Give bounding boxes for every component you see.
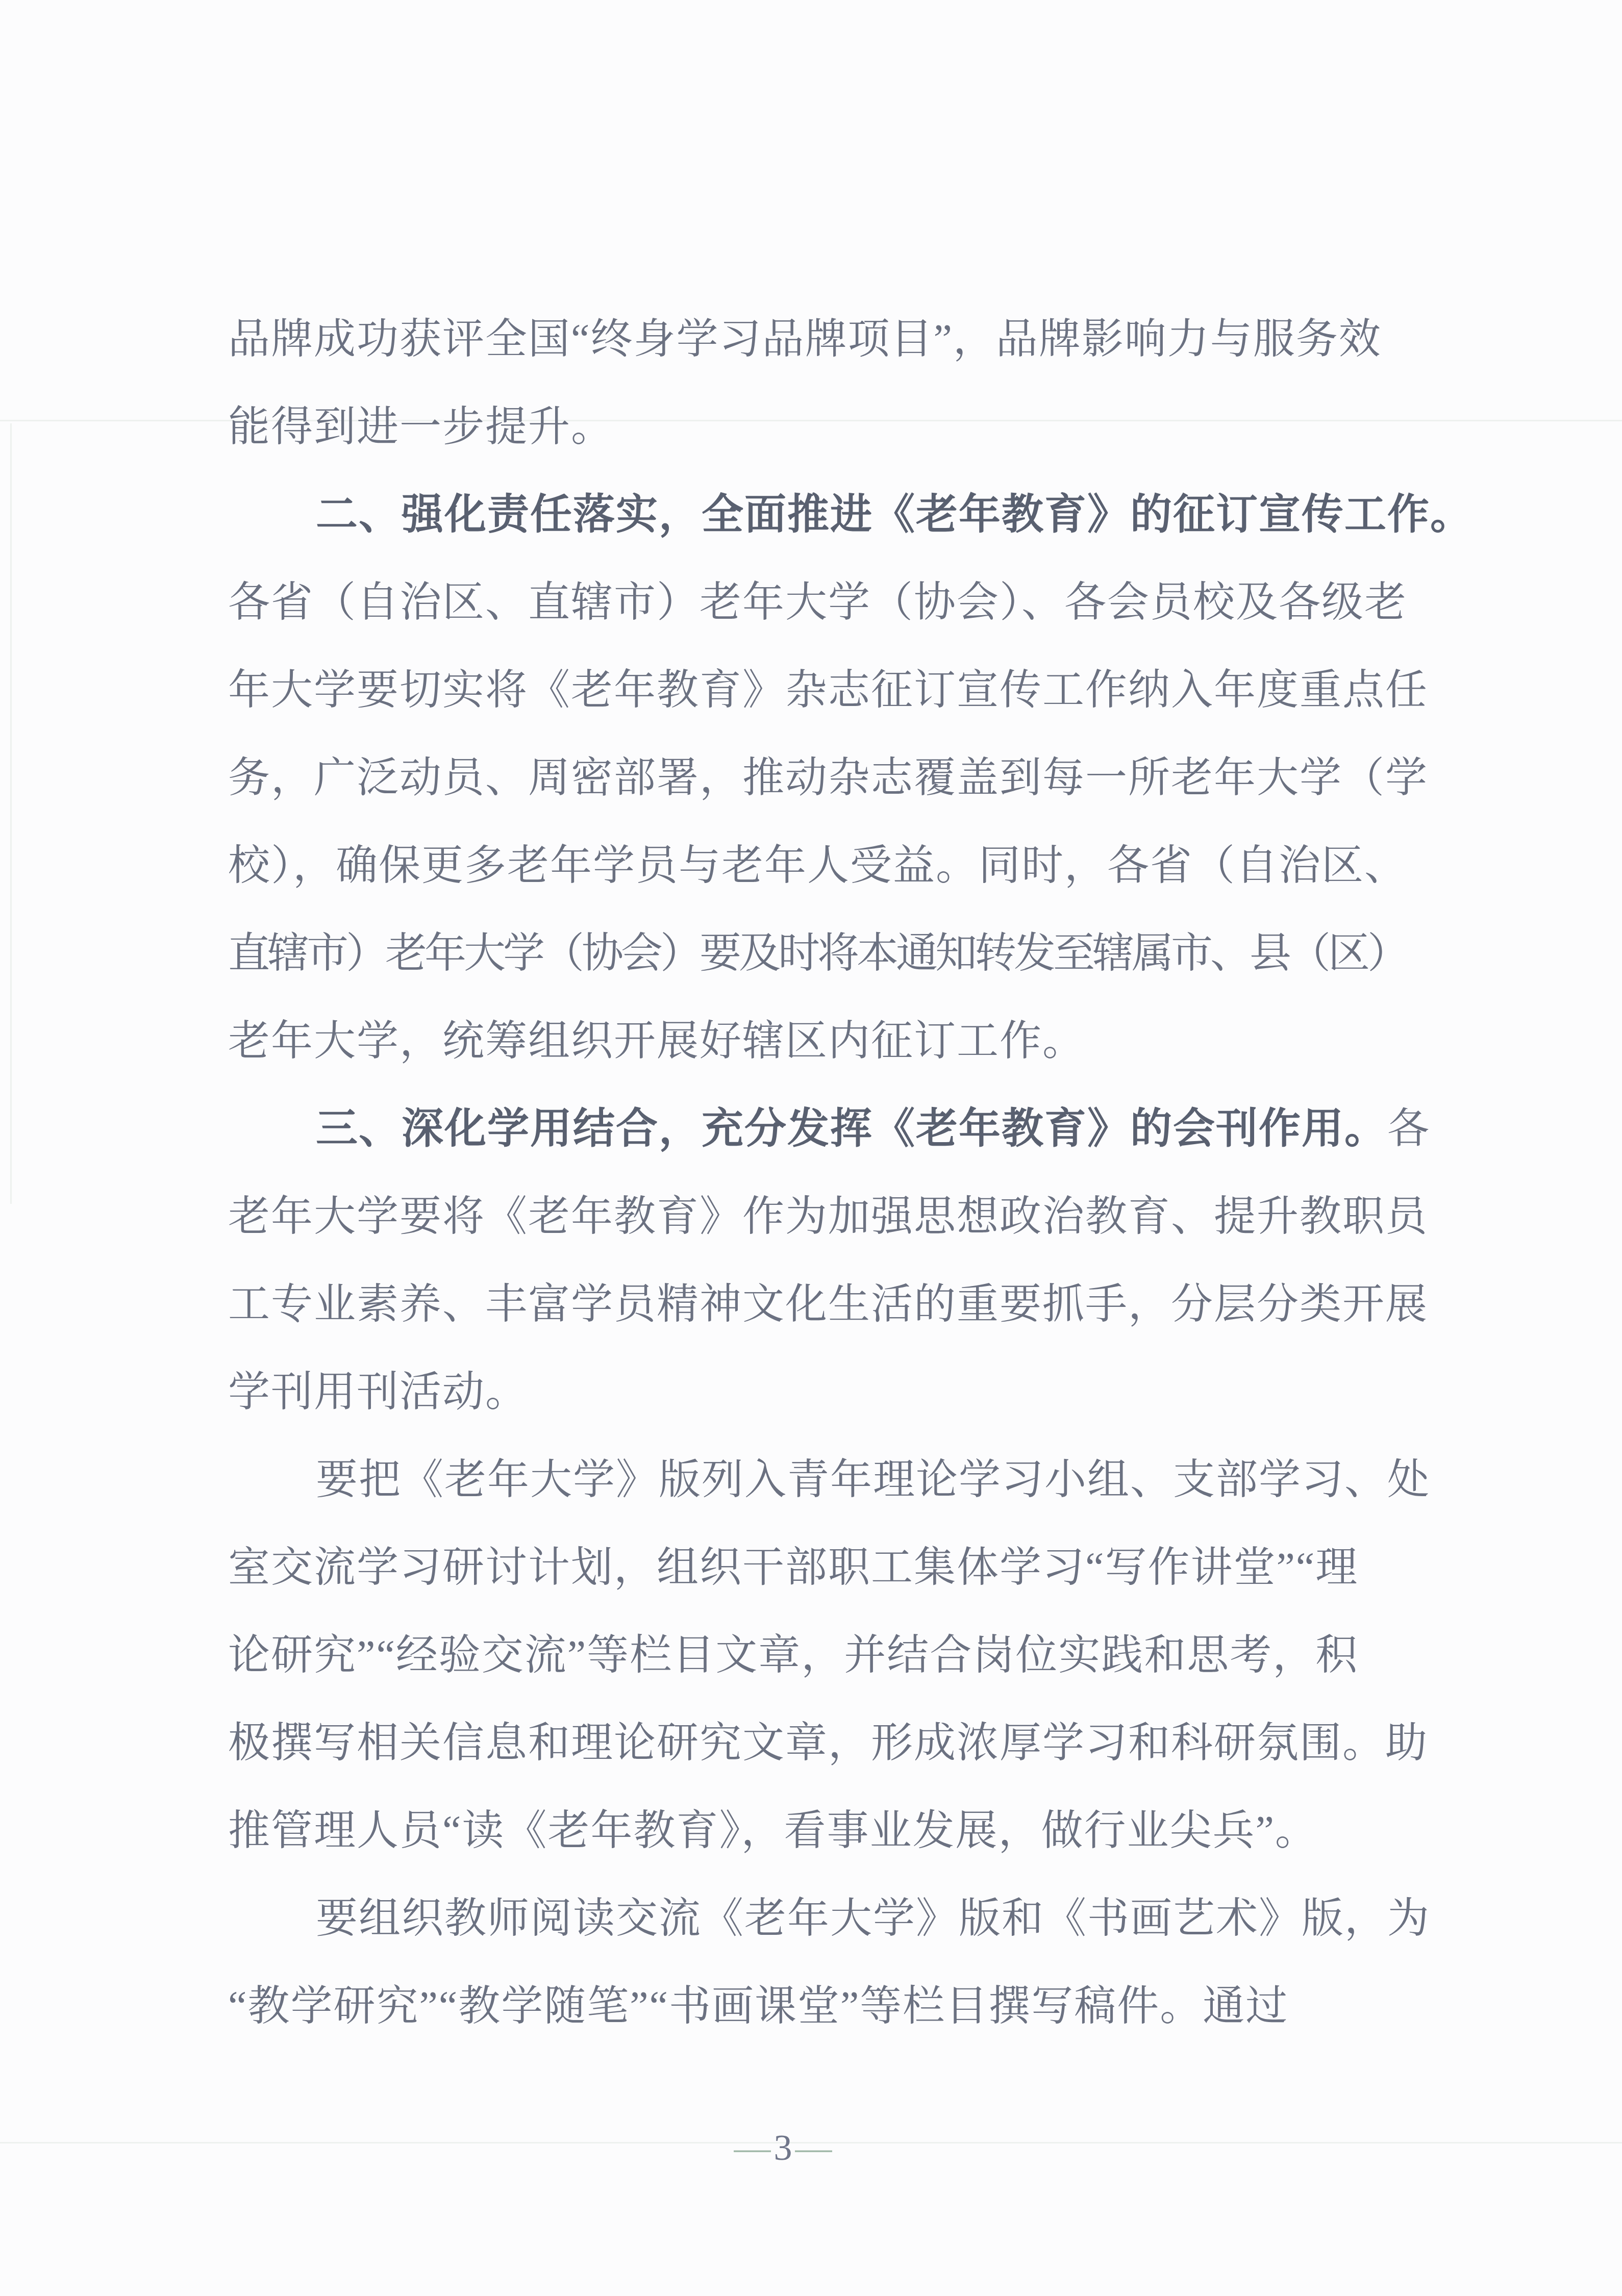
- text-line: 老年大学要将《老年教育》作为加强思想政治教育、提升教职员: [228, 1192, 1442, 1280]
- text-line: 论研究”“经验交流”等栏目文章，并结合岗位实践和思考，积: [228, 1631, 1442, 1719]
- document-body: 品牌成功获评全国“终身学习品牌项目”，品牌影响力与服务效能得到进一步提升。二、强…: [228, 315, 1442, 2070]
- scan-artifact-vertical-left: [10, 423, 12, 1204]
- footer-dash-right: —: [795, 2127, 832, 2168]
- page-number: 3: [771, 2127, 795, 2168]
- body-text: 各: [1387, 1105, 1430, 1152]
- body-text: 极撰写相关信息和理论研究文章，形成浓厚学习和科研氛围。助: [228, 1720, 1428, 1766]
- body-text: 品牌成功获评全国“终身学习品牌项目”，品牌影响力与服务效: [228, 316, 1382, 362]
- text-line: 老年大学，统筹组织开展好辖区内征订工作。: [228, 1017, 1442, 1104]
- heading-text: 三、深化学用结合，充分发挥《老年教育》的会刊作用。: [316, 1105, 1387, 1152]
- document-page: 品牌成功获评全国“终身学习品牌项目”，品牌影响力与服务效能得到进一步提升。二、强…: [0, 0, 1622, 2296]
- text-line: 年大学要切实将《老年教育》杂志征订宣传工作纳入年度重点任: [228, 666, 1442, 753]
- body-text: 要组织教师阅读交流《老年大学》版和《书画艺术》版，为: [316, 1895, 1430, 1941]
- body-text: 直辖市）老年大学（协会）要及时将本通知转发至辖属市、县（区）: [228, 930, 1407, 976]
- body-text: 各省（自治区、直辖市）老年大学（协会）、各会员校及各级老: [228, 579, 1407, 625]
- body-text: 学刊用刊活动。: [228, 1369, 528, 1415]
- text-line: 各省（自治区、直辖市）老年大学（协会）、各会员校及各级老: [228, 578, 1442, 666]
- body-text: 能得到进一步提升。: [228, 403, 614, 450]
- body-text: 年大学要切实将《老年教育》杂志征订宣传工作纳入年度重点任: [228, 667, 1428, 713]
- text-line: 要把《老年大学》版列入青年理论学习小组、支部学习、处: [228, 1455, 1442, 1543]
- text-line: 学刊用刊活动。: [228, 1368, 1442, 1455]
- body-text: “教学研究”“教学随笔”“书画课堂”等栏目撰写稿件。通过: [228, 1983, 1288, 2029]
- text-line: 推管理人员“读《老年教育》，看事业发展，做行业尖兵”。: [228, 1806, 1442, 1894]
- body-text: 推管理人员“读《老年教育》，看事业发展，做行业尖兵”。: [228, 1807, 1318, 1854]
- body-text: 工专业素养、丰富学员精神文化生活的重要抓手，分层分类开展: [228, 1281, 1428, 1327]
- text-line: 直辖市）老年大学（协会）要及时将本通知转发至辖属市、县（区）: [228, 929, 1442, 1017]
- body-text: 要把《老年大学》版列入青年理论学习小组、支部学习、处: [316, 1456, 1430, 1503]
- text-line: 能得到进一步提升。: [228, 402, 1442, 490]
- page-footer: —3—: [0, 2122, 1594, 2173]
- text-line: 校），确保更多老年学员与老年人受益。同时，各省（自治区、: [228, 841, 1442, 929]
- body-text: 论研究”“经验交流”等栏目文章，并结合岗位实践和思考，积: [228, 1632, 1358, 1678]
- text-line: 极撰写相关信息和理论研究文章，形成浓厚学习和科研氛围。助: [228, 1719, 1442, 1806]
- body-text: 务，广泛动员、周密部署，推动杂志覆盖到每一所老年大学（学: [228, 754, 1428, 801]
- text-line: 务，广泛动员、周密部署，推动杂志覆盖到每一所老年大学（学: [228, 753, 1442, 841]
- text-line: 室交流学习研讨计划，组织干部职工集体学习“写作讲堂”“理: [228, 1543, 1442, 1631]
- text-line: 工专业素养、丰富学员精神文化生活的重要抓手，分层分类开展: [228, 1280, 1442, 1368]
- footer-dash-left: —: [734, 2127, 771, 2168]
- heading-text: 二、强化责任落实，全面推进《老年教育》的征订宣传工作。: [316, 491, 1473, 538]
- text-line: 要组织教师阅读交流《老年大学》版和《书画艺术》版，为: [228, 1894, 1442, 1982]
- text-line: 品牌成功获评全国“终身学习品牌项目”，品牌影响力与服务效: [228, 315, 1442, 402]
- body-text: 老年大学，统筹组织开展好辖区内征订工作。: [228, 1018, 1085, 1064]
- body-text: 老年大学要将《老年教育》作为加强思想政治教育、提升教职员: [228, 1193, 1428, 1240]
- body-text: 室交流学习研讨计划，组织干部职工集体学习“写作讲堂”“理: [228, 1544, 1358, 1591]
- text-line: “教学研究”“教学随笔”“书画课堂”等栏目撰写稿件。通过: [228, 1982, 1442, 2070]
- text-line: 二、强化责任落实，全面推进《老年教育》的征订宣传工作。: [228, 490, 1442, 578]
- text-line: 三、深化学用结合，充分发挥《老年教育》的会刊作用。各: [228, 1104, 1442, 1192]
- body-text: 校），确保更多老年学员与老年人受益。同时，各省（自治区、: [228, 842, 1407, 889]
